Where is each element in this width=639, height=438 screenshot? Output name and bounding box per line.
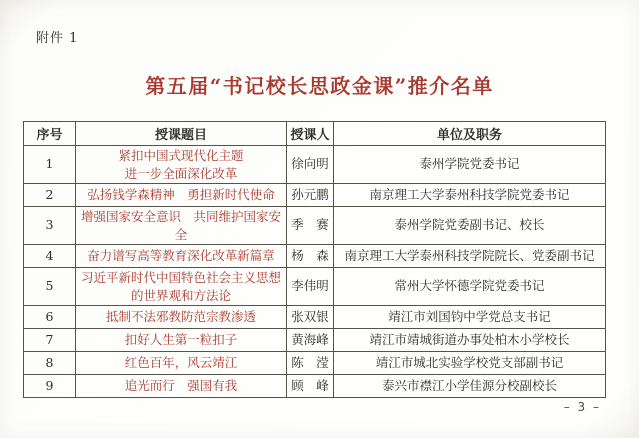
unit-cell: 常州大学怀德学院党委书记 bbox=[334, 268, 606, 306]
unit-cell: 靖江市城北实验学校党支部副书记 bbox=[334, 352, 606, 375]
lecturer-cell: 顾 峰 bbox=[287, 375, 334, 398]
row-number-cell: 5 bbox=[24, 268, 76, 306]
topic-cell: 扣好人生第一粒扣子 bbox=[76, 329, 287, 352]
topic-cell: 紧扣中国式现代化主题进一步全面深化改革 bbox=[76, 146, 287, 184]
unit-cell: 靖江市靖城街道办事处柏木小学校长 bbox=[334, 329, 606, 352]
recommendation-table: 序号授课题目授课人单位及职务 1紧扣中国式现代化主题进一步全面深化改革徐向明泰州… bbox=[23, 121, 606, 398]
topic-line: 抵制不法邪教防范宗教渗透 bbox=[78, 308, 284, 326]
page-number: – 3 – bbox=[564, 400, 601, 414]
attachment-label: 附件 1 bbox=[36, 27, 78, 46]
row-number-cell: 6 bbox=[24, 306, 76, 329]
topic-line: 追光而行 强国有我 bbox=[78, 377, 284, 395]
topic-line: 进一步全面深化改革 bbox=[78, 165, 284, 183]
topic-line: 扣好人生第一粒扣子 bbox=[78, 331, 284, 349]
table-row: 9追光而行 强国有我顾 峰泰兴市襟江小学佳源分校副校长 bbox=[24, 375, 606, 398]
unit-cell: 泰兴市襟江小学佳源分校副校长 bbox=[334, 375, 606, 398]
topic-cell: 奋力谱写高等教育深化改革新篇章 bbox=[76, 245, 287, 268]
topic-line: 习近平新时代中国特色社会主义思想 bbox=[78, 269, 284, 287]
unit-cell: 泰州学院党委副书记、校长 bbox=[334, 207, 606, 245]
table-header-row: 序号授课题目授课人单位及职务 bbox=[24, 122, 606, 146]
lecturer-cell: 李伟明 bbox=[287, 268, 334, 306]
unit-cell: 南京理工大学泰州科技学院院长、党委副书记 bbox=[334, 245, 606, 268]
topic-line: 红色百年，风云靖江 bbox=[78, 354, 284, 372]
table-row: 1紧扣中国式现代化主题进一步全面深化改革徐向明泰州学院党委书记 bbox=[24, 146, 606, 184]
lecturer-cell: 陈 滢 bbox=[287, 352, 334, 375]
lecturer-cell: 黄海峰 bbox=[287, 329, 334, 352]
topic-cell: 习近平新时代中国特色社会主义思想的世界观和方法论 bbox=[76, 268, 287, 306]
table-row: 2弘扬钱学森精神 勇担新时代使命孙元鹏南京理工大学泰州科技学院党委书记 bbox=[24, 184, 606, 207]
row-number-cell: 1 bbox=[24, 146, 76, 184]
table-row: 5习近平新时代中国特色社会主义思想的世界观和方法论李伟明常州大学怀德学院党委书记 bbox=[24, 268, 606, 306]
lecturer-cell: 孙元鹏 bbox=[287, 184, 334, 207]
column-header: 单位及职务 bbox=[334, 122, 606, 146]
unit-cell: 靖江市刘国钧中学党总支书记 bbox=[334, 306, 606, 329]
row-number-cell: 9 bbox=[24, 375, 76, 398]
document-title: 第五届“书记校长思政金课”推介名单 bbox=[0, 70, 639, 99]
topic-cell: 增强国家安全意识 共同维护国家安全 bbox=[76, 207, 287, 245]
unit-cell: 泰州学院党委书记 bbox=[334, 146, 606, 184]
row-number-cell: 8 bbox=[24, 352, 76, 375]
column-header: 授课人 bbox=[287, 122, 334, 146]
topic-cell: 弘扬钱学森精神 勇担新时代使命 bbox=[76, 184, 287, 207]
row-number-cell: 3 bbox=[24, 207, 76, 245]
table-row: 4奋力谱写高等教育深化改革新篇章杨 森南京理工大学泰州科技学院院长、党委副书记 bbox=[24, 245, 606, 268]
document-page: 附件 1 第五届“书记校长思政金课”推介名单 序号授课题目授课人单位及职务 1紧… bbox=[0, 0, 639, 438]
unit-cell: 南京理工大学泰州科技学院党委书记 bbox=[334, 184, 606, 207]
table-row: 7扣好人生第一粒扣子黄海峰靖江市靖城街道办事处柏木小学校长 bbox=[24, 329, 606, 352]
topic-line: 弘扬钱学森精神 勇担新时代使命 bbox=[78, 186, 284, 204]
lecturer-cell: 季 赛 bbox=[287, 207, 334, 245]
topic-cell: 追光而行 强国有我 bbox=[76, 375, 287, 398]
row-number-cell: 7 bbox=[24, 329, 76, 352]
row-number-cell: 4 bbox=[24, 245, 76, 268]
table-row: 8红色百年，风云靖江陈 滢靖江市城北实验学校党支部副书记 bbox=[24, 352, 606, 375]
topic-line: 紧扣中国式现代化主题 bbox=[78, 147, 284, 165]
table-row: 3增强国家安全意识 共同维护国家安全季 赛泰州学院党委副书记、校长 bbox=[24, 207, 606, 245]
topic-cell: 红色百年，风云靖江 bbox=[76, 352, 287, 375]
lecturer-cell: 杨 森 bbox=[287, 245, 334, 268]
table-row: 6抵制不法邪教防范宗教渗透张双银靖江市刘国钧中学党总支书记 bbox=[24, 306, 606, 329]
topic-cell: 抵制不法邪教防范宗教渗透 bbox=[76, 306, 287, 329]
column-header: 序号 bbox=[24, 122, 76, 146]
topic-line: 奋力谱写高等教育深化改革新篇章 bbox=[78, 247, 284, 265]
row-number-cell: 2 bbox=[24, 184, 76, 207]
lecturer-cell: 徐向明 bbox=[287, 146, 334, 184]
column-header: 授课题目 bbox=[76, 122, 287, 146]
lecturer-cell: 张双银 bbox=[287, 306, 334, 329]
topic-line: 的世界观和方法论 bbox=[78, 287, 284, 305]
topic-line: 增强国家安全意识 共同维护国家安全 bbox=[78, 208, 284, 243]
